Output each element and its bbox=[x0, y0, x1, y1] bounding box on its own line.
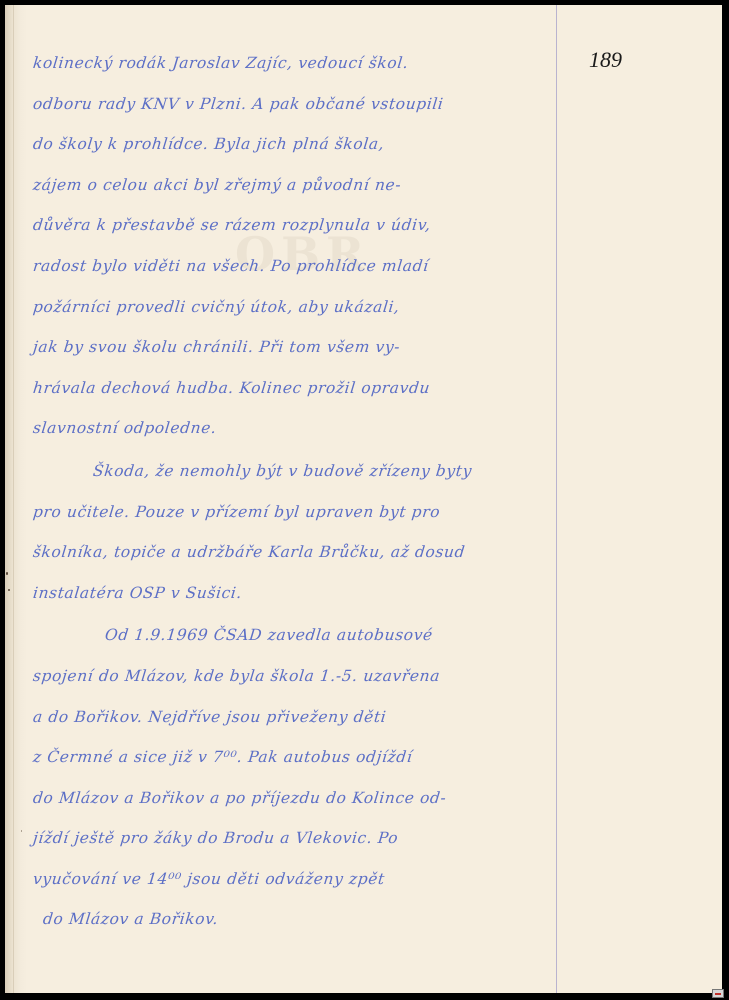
text-line: radost bylo viděti na všech. Po prohlídc… bbox=[31, 246, 565, 287]
text-line: vyučování ve 14⁰⁰ jsou děti odváženy zpě… bbox=[31, 859, 565, 900]
text-line: požárníci provedli cvičný útok, aby ukáz… bbox=[31, 287, 565, 328]
text-line: do Mlázov a Bořikov a po příjezdu do Kol… bbox=[31, 778, 565, 819]
text-line: důvěra k přestavbě se rázem rozplynula v… bbox=[31, 205, 565, 246]
text-line: a do Bořikov. Nejdříve jsou přiveženy dě… bbox=[31, 697, 565, 738]
text-line: jak by svou školu chránili. Při tom všem… bbox=[31, 327, 565, 368]
text-line: odboru rady KNV v Plzni. A pak občané vs… bbox=[31, 84, 565, 125]
text-line: do Mlázov a Bořikov. bbox=[31, 899, 565, 940]
text-line: pro učitele. Pouze v přízemí byl upraven… bbox=[31, 492, 565, 533]
handwritten-text: kolinecký rodák Jaroslav Zajíc, vedoucí … bbox=[33, 43, 563, 940]
binding-shadow bbox=[5, 5, 27, 993]
text-line: slavnostní odpoledne. bbox=[31, 408, 565, 449]
text-line: zájem o celou akci byl zřejmý a původní … bbox=[31, 165, 565, 206]
text-line: kolinecký rodák Jaroslav Zajíc, vedoucí … bbox=[31, 43, 565, 84]
scanned-page: OBR 189 kolinecký rodák Jaroslav Zajíc, … bbox=[5, 5, 722, 993]
text-line: jíždí ještě pro žáky do Brodu a Vlekovic… bbox=[31, 818, 565, 859]
text-line: hrávala dechová hudba. Kolinec prožil op… bbox=[31, 368, 565, 409]
page-number: 189 bbox=[589, 47, 622, 73]
text-line: instalatéra OSP v Sušici. bbox=[31, 573, 565, 614]
text-line: do školy k prohlídce. Byla jich plná ško… bbox=[31, 124, 565, 165]
text-line: spojení do Mlázov, kde byla škola 1.-5. … bbox=[31, 656, 565, 697]
paragraph-start-line: Škoda, že nemohly být v budově zřízeny b… bbox=[31, 451, 565, 492]
paragraph-start-line: Od 1.9.1969 ČSAD zavedla autobusové bbox=[31, 615, 565, 656]
viewer-corner-icon[interactable] bbox=[712, 989, 724, 998]
text-line: školníka, topiče a udržbáře Karla Brůčku… bbox=[31, 532, 565, 573]
text-line: z Čermné a sice již v 7⁰⁰. Pak autobus o… bbox=[31, 737, 565, 778]
binding-crease bbox=[13, 5, 14, 993]
